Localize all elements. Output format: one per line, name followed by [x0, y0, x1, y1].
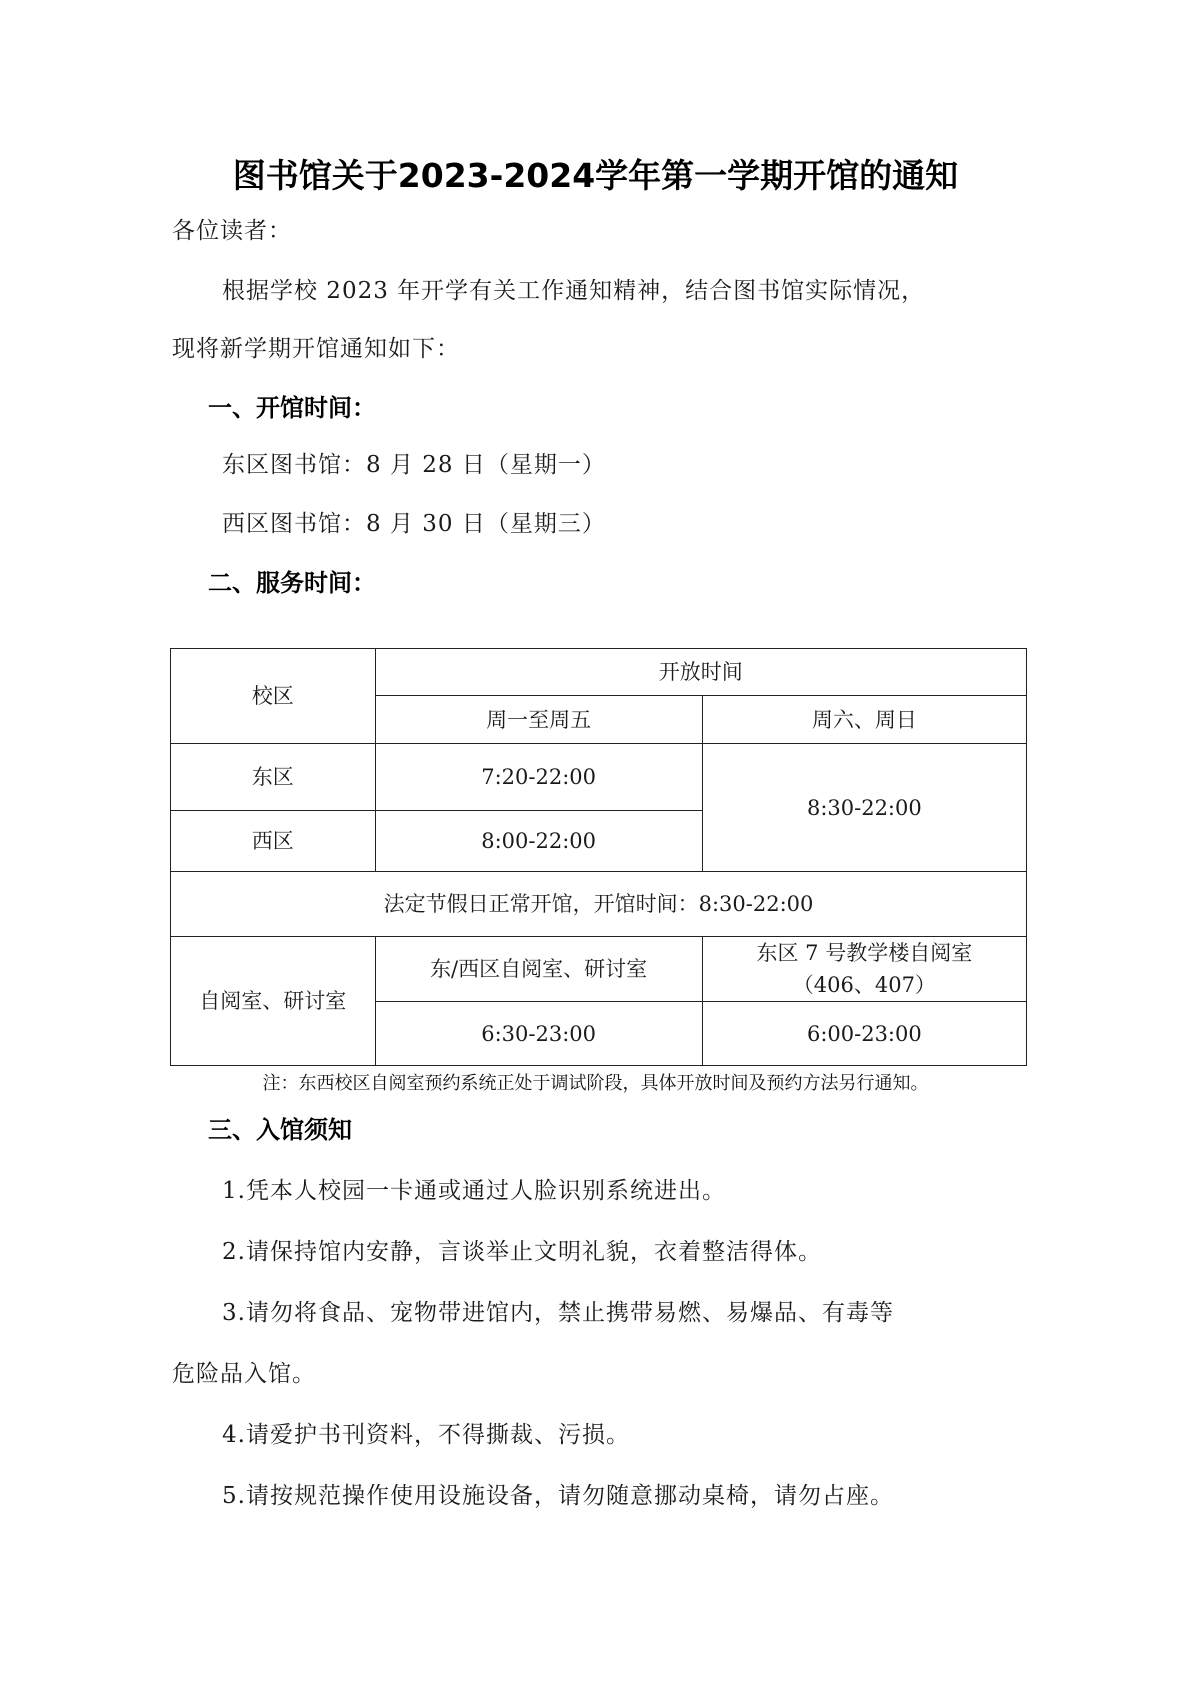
rule-5: 5.请按规范操作使用设施设备，请勿随意挪动桌椅，请勿占座。: [222, 1477, 894, 1510]
rule-2: 2.请保持馆内安静，言谈举止文明礼貌，衣着整洁得体。: [222, 1233, 822, 1266]
intro-line-1: 根据学校 2023 年开学有关工作通知精神，结合图书馆实际情况，: [222, 272, 925, 305]
rule-1: 1.凭本人校园一卡通或通过人脸识别系统进出。: [222, 1172, 726, 1205]
service-hours-table: 校区 开放时间 周一至周五 周六、周日 东区 7:20-22:00 8:30-2…: [170, 648, 1027, 1066]
east-weekday-hours: 7:20-22:00: [375, 744, 702, 811]
study-rooms-label: 自阅室、研讨室: [171, 937, 376, 1066]
section-heading-entry-rules: 三、入馆须知: [208, 1110, 352, 1145]
west-weekday-hours: 8:00-22:00: [375, 811, 702, 872]
rule-4: 4.请爱护书刊资料，不得撕裁、污损。: [222, 1416, 630, 1449]
header-open-time: 开放时间: [375, 649, 1026, 696]
campus-west: 西区: [171, 811, 376, 872]
rule-3-continued: 危险品入馆。: [172, 1355, 316, 1388]
study-rooms-building7-header: 东区 7 号教学楼自阅室 （406、407）: [702, 937, 1026, 1002]
salutation: 各位读者：: [172, 212, 292, 245]
header-campus: 校区: [171, 649, 376, 744]
opening-date-east: 东区图书馆：8 月 28 日（星期一）: [222, 446, 606, 479]
holiday-hours: 法定节假日正常开馆，开馆时间：8:30-22:00: [171, 872, 1027, 937]
header-weekend: 周六、周日: [702, 696, 1026, 744]
document-title: 图书馆关于2023-2024学年第一学期开馆的通知: [0, 150, 1191, 197]
opening-date-west: 西区图书馆：8 月 30 日（星期三）: [222, 505, 606, 538]
header-weekday: 周一至周五: [375, 696, 702, 744]
section-heading-opening-dates: 一、开馆时间：: [208, 388, 376, 423]
table-note: 注：东西校区自阅室预约系统正处于调试阶段，具体开放时间及预约方法另行通知。: [0, 1069, 1191, 1095]
study-rooms-east-west-hours: 6:30-23:00: [375, 1002, 702, 1066]
study-rooms-building7-hours: 6:00-23:00: [702, 1002, 1026, 1066]
building7-header-line1: 东区 7 号教学楼自阅室: [703, 937, 1026, 969]
weekend-hours: 8:30-22:00: [702, 744, 1026, 872]
section-heading-service-hours: 二、服务时间：: [208, 563, 376, 598]
rule-3: 3.请勿将食品、宠物带进馆内，禁止携带易燃、易爆品、有毒等: [222, 1294, 894, 1327]
intro-line-2: 现将新学期开馆通知如下：: [172, 330, 460, 363]
campus-east: 东区: [171, 744, 376, 811]
study-rooms-east-west-header: 东/西区自阅室、研讨室: [375, 937, 702, 1002]
building7-header-line2: （406、407）: [703, 969, 1026, 1001]
